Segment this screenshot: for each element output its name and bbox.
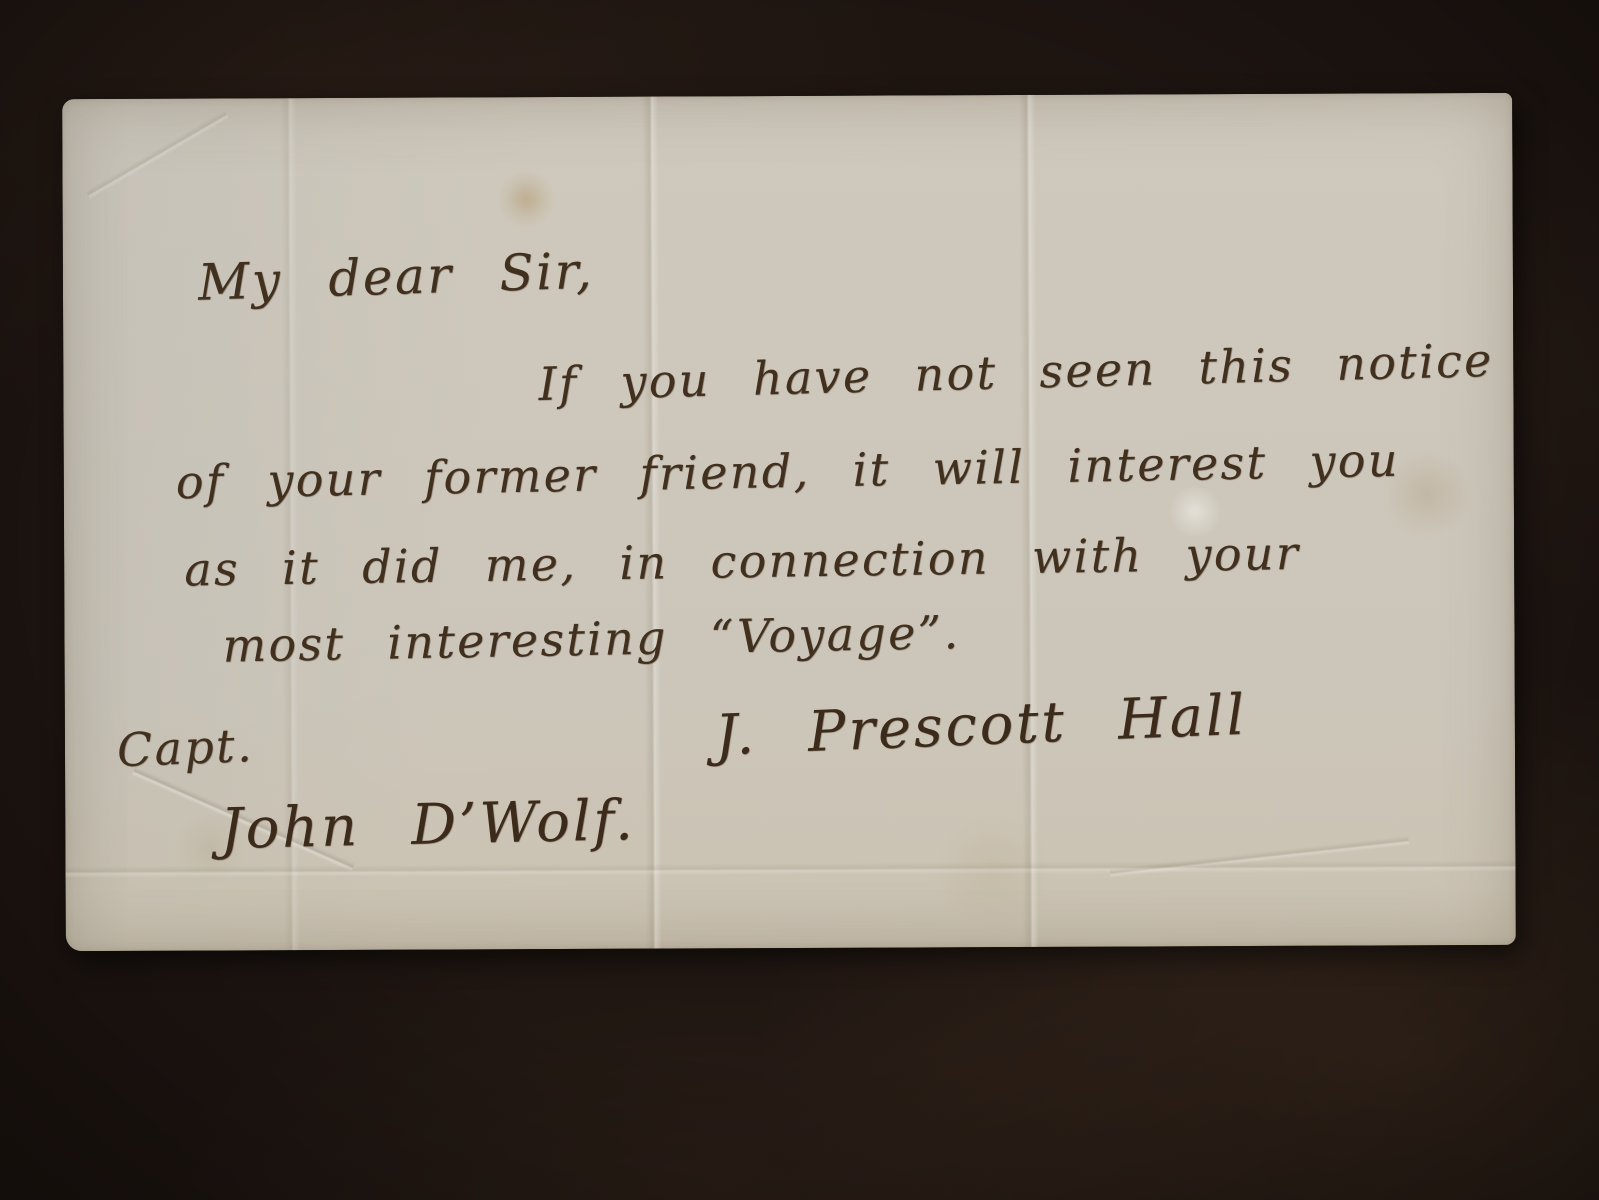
paper-wrinkle bbox=[65, 860, 1515, 878]
letter-body-line-3: as it did me, in connection with your bbox=[184, 526, 1301, 597]
letter-addressee-title: Capt. bbox=[116, 718, 255, 777]
photo-background: My dear Sir, If you have not seen this n… bbox=[0, 0, 1599, 1200]
letter-body-line-1: If you have not seen this notice bbox=[538, 333, 1494, 411]
paper-wrinkle bbox=[85, 110, 228, 199]
letter-body-line-4: most interesting “Voyage”. bbox=[222, 605, 961, 673]
letter-signature: J. Prescott Hall bbox=[714, 683, 1249, 769]
paper-fold-crease bbox=[642, 97, 662, 949]
letter-paper: My dear Sir, If you have not seen this n… bbox=[62, 93, 1516, 951]
letter-salutation: My dear Sir, bbox=[197, 242, 595, 312]
paper-fold-crease bbox=[1019, 95, 1039, 947]
letter-addressee-name: John D’Wolf. bbox=[220, 788, 636, 862]
paper-wrinkle bbox=[1110, 836, 1409, 879]
letter-body-line-2: of your former friend, it will interest … bbox=[175, 433, 1400, 509]
